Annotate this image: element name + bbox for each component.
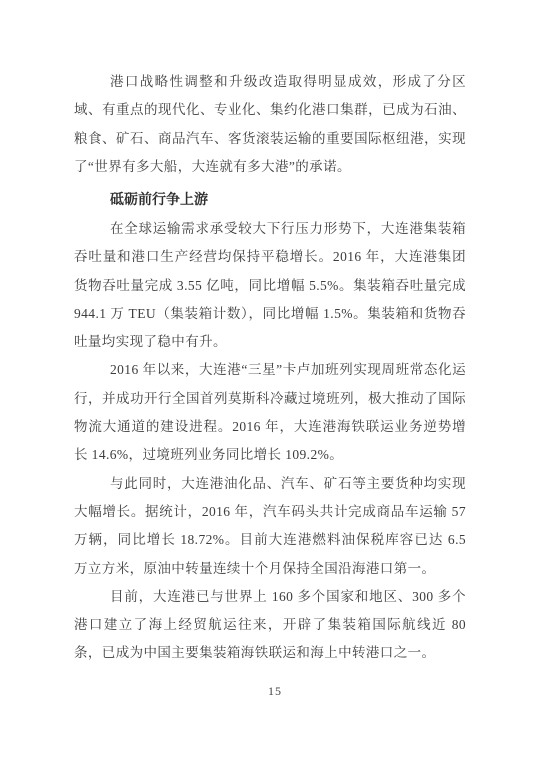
page-number: 15 bbox=[0, 684, 550, 699]
section-heading: 砥砺前行争上游 bbox=[74, 187, 466, 215]
body-paragraph: 2016 年以来，大连港“三星”卡卢加班列实现周班常态化运行，并成功开行全国首列… bbox=[74, 356, 466, 469]
body-paragraph: 在全球运输需求承受较大下行压力形势下，大连港集装箱吞吐量和港口生产经营均保持平稳… bbox=[74, 215, 466, 356]
document-page: 港口战略性调整和升级改造取得明显成效，形成了分区域、有重点的现代化、专业化、集约… bbox=[0, 0, 550, 759]
body-paragraph: 目前，大连港已与世界上 160 多个国家和地区、300 多个港口建立了海上经贸航… bbox=[74, 583, 466, 668]
body-paragraph: 港口战略性调整和升级改造取得明显成效，形成了分区域、有重点的现代化、专业化、集约… bbox=[74, 68, 466, 181]
document-content: 港口战略性调整和升级改造取得明显成效，形成了分区域、有重点的现代化、专业化、集约… bbox=[74, 68, 466, 668]
body-paragraph: 与此同时，大连港油化品、汽车、矿石等主要货种均实现大幅增长。据统计，2016 年… bbox=[74, 470, 466, 583]
